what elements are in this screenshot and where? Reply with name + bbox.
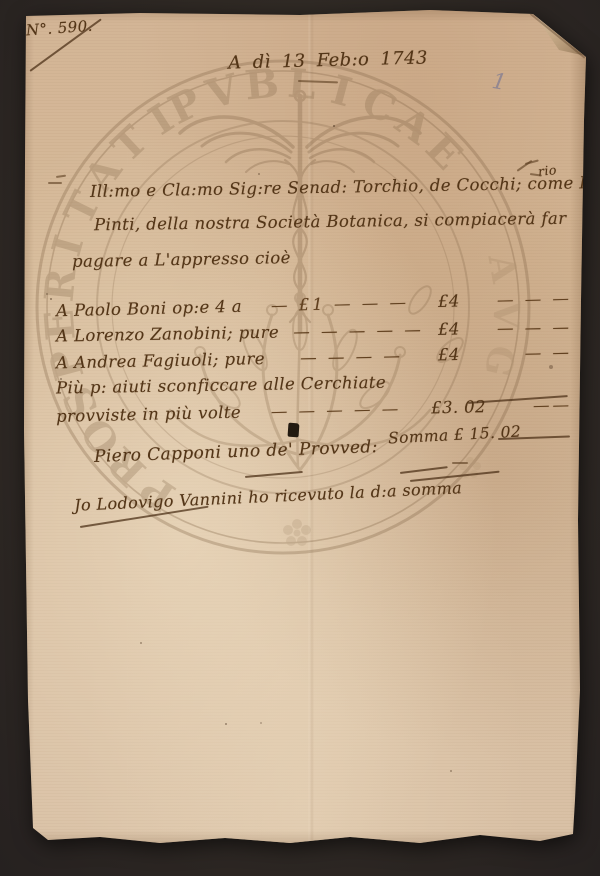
amount — [438, 386, 486, 387]
dash-leader: — — — — — — [279, 320, 438, 342]
paper-specks — [20, 10, 22, 12]
margin-dash — [48, 182, 62, 184]
svg-text:I: I — [326, 66, 356, 116]
scan-background: { "page": { "archive_number": "N°. 590."… — [0, 0, 600, 876]
ink-blot — [288, 423, 300, 438]
dash-leader: — — — — — [265, 345, 438, 368]
body-line-1-superscript: rio — [537, 162, 557, 179]
amount: £4 — [438, 319, 486, 339]
amount: £4 — [438, 291, 486, 311]
payee: A Lorenzo Zanobini; pure — [56, 323, 279, 346]
dash-trail: — — — — [486, 317, 572, 337]
dash-trail: — — — — [486, 289, 572, 310]
dash-leader — [386, 387, 438, 388]
ink-dash — [452, 462, 468, 464]
sum-value: 15. 02 — [469, 423, 522, 444]
body-line-3: pagare a L'appresso cioè — [72, 248, 291, 271]
dash-trail — [486, 384, 572, 386]
amount: £4 — [438, 344, 486, 364]
svg-text:A: A — [479, 250, 526, 287]
document-page: PROSPERITATIPVBLICAEAVG N°. 590. A dì 13… — [20, 10, 588, 846]
dash-trail: — — — [486, 343, 572, 364]
amount: £3. 02 — [431, 397, 486, 417]
svg-text:R: R — [36, 265, 86, 303]
